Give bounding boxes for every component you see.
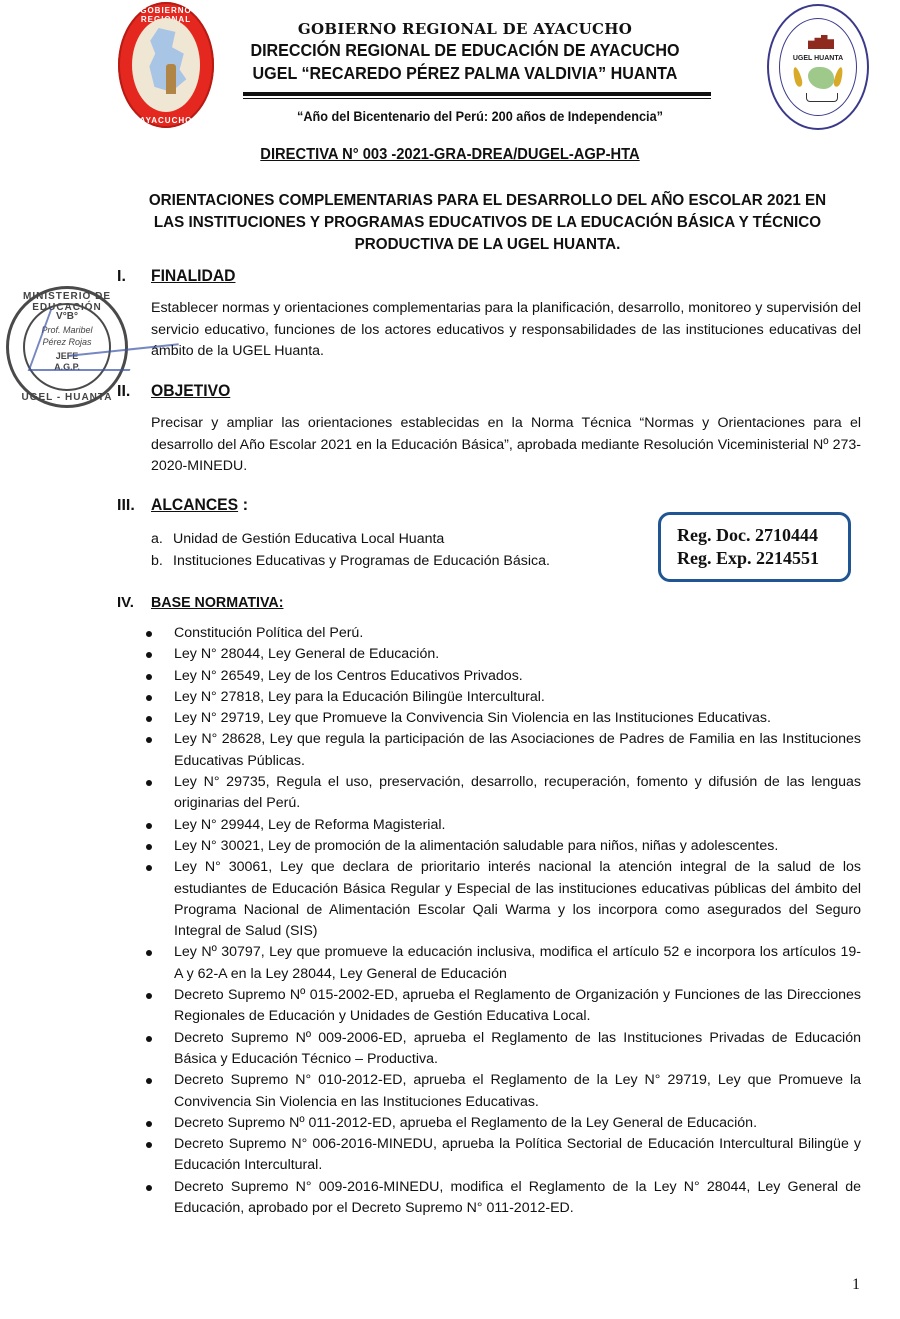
- section-number-base-normativa: IV.: [117, 594, 134, 611]
- gobierno-regional-logo: GOBIERNO REGIONAL AYACUCHO: [118, 2, 214, 128]
- section-number-objetivo: II.: [117, 383, 130, 401]
- list-item: Ley N° 28628, Ley que regula la particip…: [140, 729, 861, 772]
- bullet-icon: [146, 993, 152, 999]
- list-item-text: Ley N° 29735, Regula el uso, preservació…: [174, 774, 861, 811]
- list-item-label: a.: [151, 529, 173, 551]
- bullet-icon: [146, 1121, 152, 1127]
- building-icon: [808, 35, 834, 49]
- list-item: Ley N° 29735, Regula el uso, preservació…: [140, 772, 861, 815]
- open-book-icon: [806, 93, 838, 102]
- list-item-text: Constitución Política del Perú.: [174, 625, 363, 641]
- list-item-text: Ley N° 28044, Ley General de Educación.: [174, 646, 439, 662]
- list-item-text: Ley N° 30061, Ley que declara de priorit…: [174, 859, 861, 939]
- section-title-objetivo: OBJETIVO: [151, 382, 230, 401]
- list-item-text: Decreto Supremo N° 006-2016-MINEDU, apru…: [174, 1136, 861, 1173]
- list-item-text: Ley N° 29719, Ley que Promueve la Conviv…: [174, 710, 771, 726]
- section-number-finalidad: I.: [117, 268, 126, 286]
- section-title-alcances-colon: :: [243, 496, 249, 514]
- list-item-text: Decreto Supremo Nº 015-2002-ED, aprueba …: [174, 987, 861, 1024]
- section-title-alcances-wrap: ALCANCES:: [151, 496, 248, 515]
- list-item: Ley N° 30021, Ley de promoción de la ali…: [140, 836, 861, 857]
- huanta-map-icon: [808, 67, 834, 89]
- feather-icon: [833, 66, 845, 87]
- list-item: Decreto Supremo N° 010-2012-ED, aprueba …: [140, 1070, 861, 1113]
- list-item: Decreto Supremo Nº 011-2012-ED, aprueba …: [140, 1113, 861, 1134]
- registry-doc-number: Reg. Doc. 2710444: [677, 524, 848, 547]
- list-item: Decreto Supremo Nº 015-2002-ED, aprueba …: [140, 985, 861, 1028]
- list-item-text: Ley N° 27818, Ley para la Educación Bili…: [174, 689, 545, 705]
- bullet-icon: [146, 652, 152, 658]
- bullet-icon: [146, 674, 152, 680]
- list-item: Ley N° 28044, Ley General de Educación.: [140, 644, 861, 665]
- document-title: ORIENTACIONES COMPLEMENTARIAS PARA EL DE…: [134, 190, 842, 256]
- list-item: Ley N° 26549, Ley de los Centros Educati…: [140, 666, 861, 687]
- bullet-icon: [146, 1142, 152, 1148]
- list-item: Decreto Supremo Nº 009-2006-ED, aprueba …: [140, 1028, 861, 1071]
- list-item-text: Instituciones Educativas y Programas de …: [173, 553, 550, 569]
- list-item: a.Unidad de Gestión Educativa Local Huan…: [151, 529, 550, 551]
- base-normativa-list: Constitución Política del Perú.Ley N° 28…: [140, 623, 861, 1219]
- list-item: Ley N° 29719, Ley que Promueve la Conviv…: [140, 708, 861, 729]
- header-line-gobierno: GOBIERNO REGIONAL DE AYACUCHO: [230, 20, 700, 38]
- header-line-ugel: UGEL “RECAREDO PÉREZ PALMA VALDIVIA” HUA…: [249, 63, 681, 84]
- bullet-icon: [146, 950, 152, 956]
- section-title-alcances: ALCANCES: [151, 496, 238, 515]
- ugel-huanta-logo: UGEL HUANTA: [767, 4, 869, 130]
- section-title-base-normativa: BASE NORMATIVA:: [151, 594, 283, 611]
- page-number: 1: [852, 1276, 860, 1294]
- bullet-icon: [146, 1036, 152, 1042]
- year-motto: “Año del Bicentenario del Perú: 200 años…: [245, 109, 715, 124]
- logo-left-bottom-text: AYACUCHO: [118, 116, 214, 125]
- list-item-text: Ley N° 28628, Ley que regula la particip…: [174, 731, 861, 768]
- list-item: Ley N° 29944, Ley de Reforma Magisterial…: [140, 815, 861, 836]
- list-item-text: Ley N° 29944, Ley de Reforma Magisterial…: [174, 817, 445, 833]
- stamp-ring-bottom: UGEL - HUANTA: [9, 392, 125, 403]
- list-item: Ley N° 27818, Ley para la Educación Bili…: [140, 687, 861, 708]
- bullet-icon: [146, 780, 152, 786]
- list-item: Constitución Política del Perú.: [140, 623, 861, 644]
- list-item: Decreto Supremo N° 006-2016-MINEDU, apru…: [140, 1134, 861, 1177]
- bullet-icon: [146, 844, 152, 850]
- directive-number: DIRECTIVA N° 003 -2021-GRA-DREA/DUGEL-AG…: [36, 146, 864, 164]
- list-item: b.Instituciones Educativas y Programas d…: [151, 551, 550, 573]
- list-item-label: b.: [151, 551, 173, 573]
- registry-box: Reg. Doc. 2710444 Reg. Exp. 2214551: [658, 512, 851, 582]
- list-item-text: Ley N° 26549, Ley de los Centros Educati…: [174, 668, 523, 684]
- signature-stroke: [28, 309, 153, 371]
- logo-right-inner: UGEL HUANTA: [779, 18, 857, 116]
- list-item: Decreto Supremo N° 009-2016-MINEDU, modi…: [140, 1177, 861, 1220]
- section-number-alcances: III.: [117, 497, 135, 515]
- logo-left-emblem: [132, 18, 200, 112]
- bullet-icon: [146, 695, 152, 701]
- list-item-text: Ley N° 30021, Ley de promoción de la ali…: [174, 838, 778, 854]
- logo-right-center-text: UGEL HUANTA: [780, 55, 856, 62]
- list-item-text: Unidad de Gestión Educativa Local Huanta: [173, 531, 444, 547]
- list-item-text: Decreto Supremo N° 010-2012-ED, aprueba …: [174, 1072, 861, 1109]
- list-item-text: Decreto Supremo Nº 011-2012-ED, aprueba …: [174, 1115, 757, 1131]
- bullet-icon: [146, 716, 152, 722]
- finalidad-text: Establecer normas y orientaciones comple…: [151, 298, 861, 363]
- list-item-text: Decreto Supremo Nº 009-2006-ED, aprueba …: [174, 1030, 861, 1067]
- list-item-text: Decreto Supremo N° 009-2016-MINEDU, modi…: [174, 1179, 861, 1216]
- section-title-finalidad: FINALIDAD: [151, 267, 235, 286]
- bullet-icon: [146, 737, 152, 743]
- header-line-direccion: DIRECCIÓN REGIONAL DE EDUCACIÓN DE AYACU…: [249, 40, 681, 61]
- bullet-icon: [146, 865, 152, 871]
- bullet-icon: [146, 823, 152, 829]
- bullet-icon: [146, 1185, 152, 1191]
- vicuna-icon: [166, 64, 176, 94]
- list-item: Ley Nº 30797, Ley que promueve la educac…: [140, 942, 861, 985]
- header-thin-rule: [243, 98, 711, 99]
- feather-icon: [792, 66, 804, 87]
- bullet-icon: [146, 1078, 152, 1084]
- list-item-text: Ley Nº 30797, Ley que promueve la educac…: [174, 944, 861, 981]
- alcances-list: a.Unidad de Gestión Educativa Local Huan…: [151, 529, 550, 572]
- bullet-icon: [146, 631, 152, 637]
- list-item: Ley N° 30061, Ley que declara de priorit…: [140, 857, 861, 942]
- header-thick-rule: [243, 92, 711, 96]
- approval-stamp: MINISTERIO DE EDUCACIÓN V°B° Prof. Marib…: [6, 286, 128, 408]
- objetivo-text: Precisar y ampliar las orientaciones est…: [151, 413, 861, 478]
- registry-exp-number: Reg. Exp. 2214551: [677, 547, 848, 570]
